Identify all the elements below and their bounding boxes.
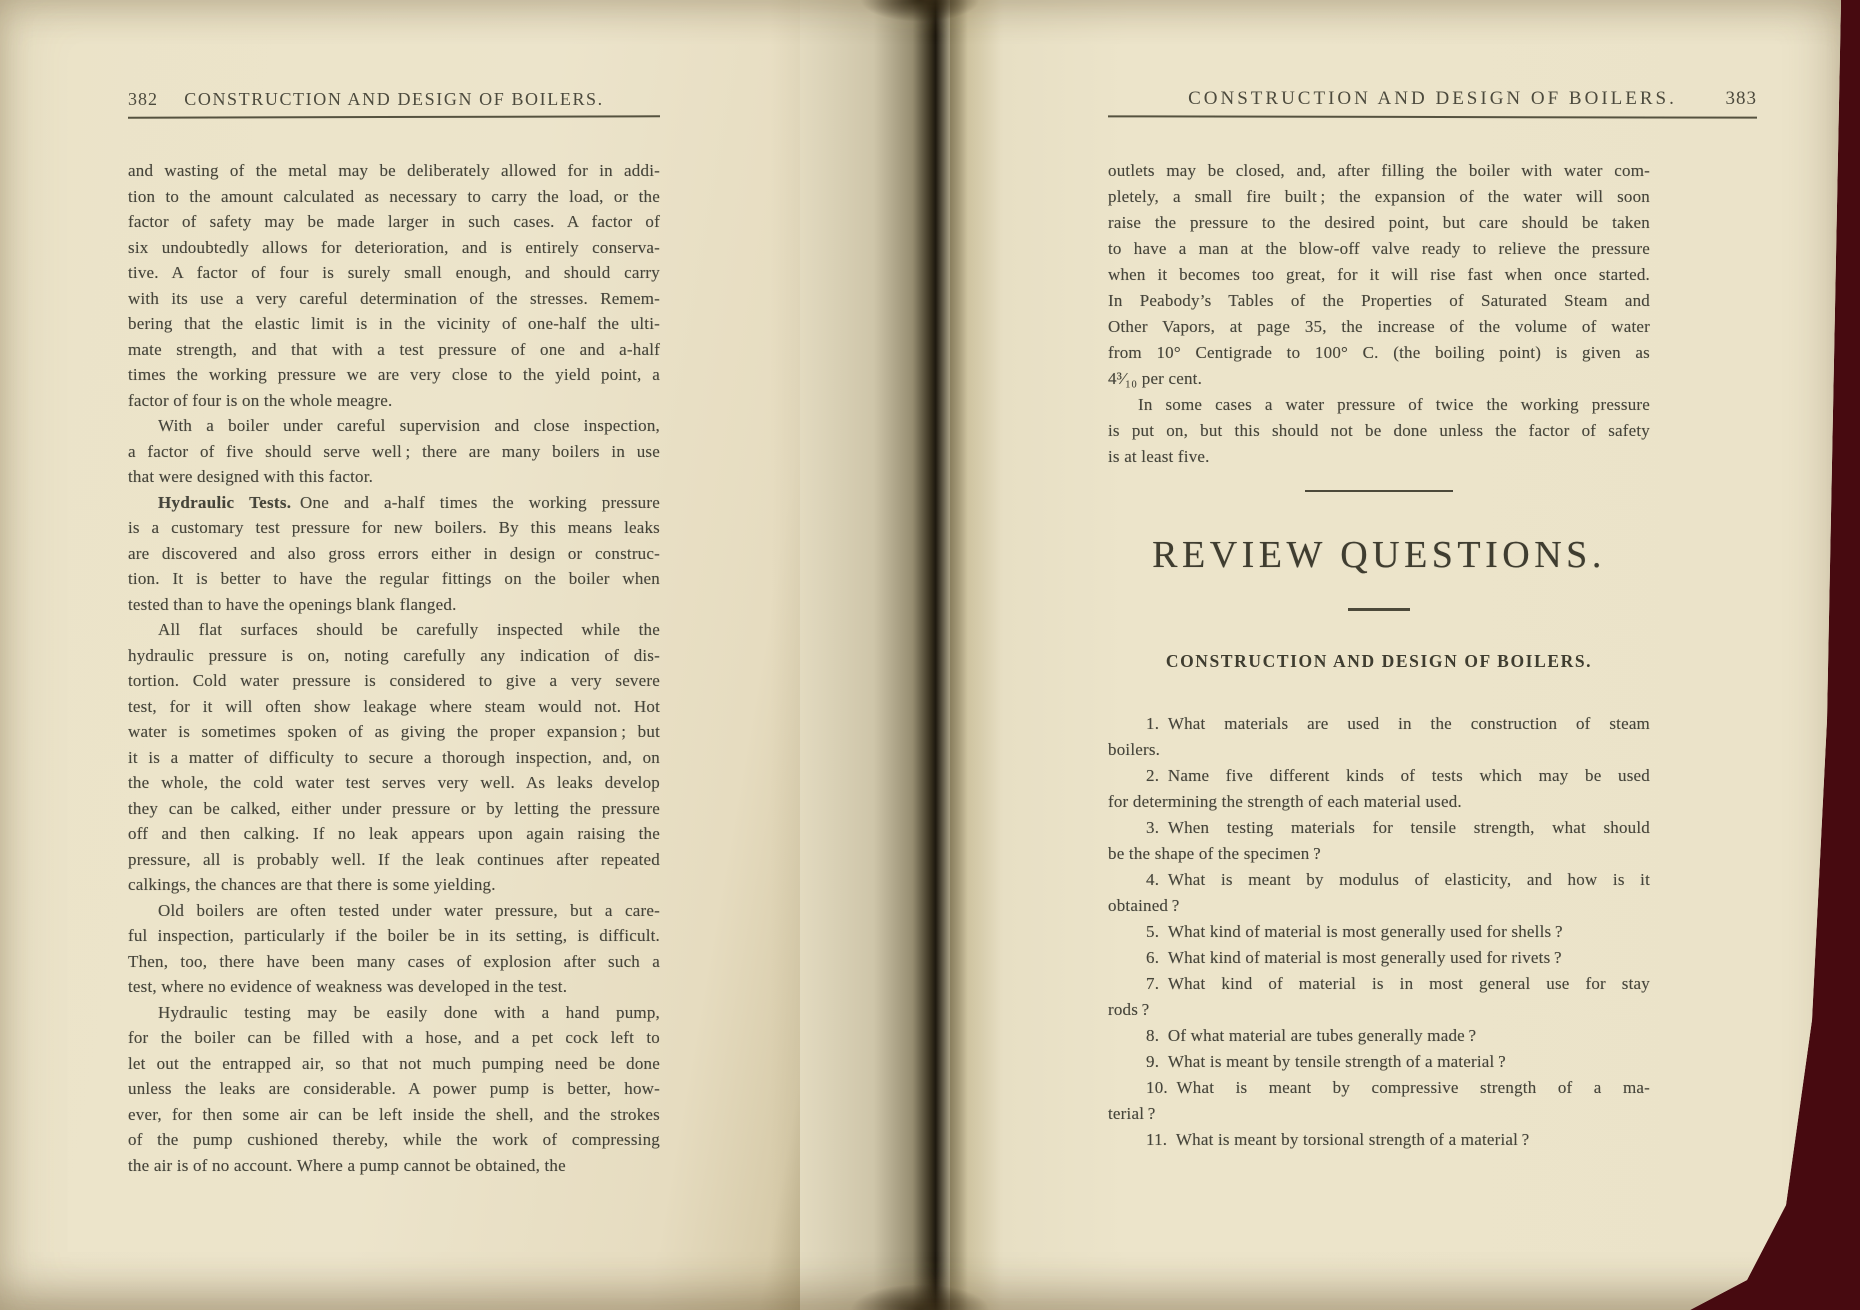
paragraph: Hydraulic testing may be easily done wit… xyxy=(128,1000,660,1179)
text-line: 2. Name five different kinds of tests wh… xyxy=(1108,763,1650,789)
paragraph: 1. What materials are used in the constr… xyxy=(1108,711,1650,763)
text-line: unless the leaks are considerable. A pow… xyxy=(128,1076,660,1102)
paragraph: In some cases a water pressure of twice … xyxy=(1108,392,1650,470)
text-line: tested than to have the openings blank f… xyxy=(128,592,660,618)
text-line: raise the pressure to the desired point,… xyxy=(1108,210,1650,236)
section-title: REVIEW QUESTIONS. xyxy=(1108,532,1650,578)
text-line: Other Vapors, at page 35, the increase o… xyxy=(1108,314,1650,340)
text-line: In Peabody’s Tables of the Properties of… xyxy=(1108,288,1650,314)
text-line: test, where no evidence of weakness was … xyxy=(128,974,660,1000)
text-line: tion to the amount calculated as necessa… xyxy=(128,184,660,210)
section-divider-rule xyxy=(1305,490,1453,492)
paragraph: outlets may be closed, and, after fillin… xyxy=(1108,158,1650,392)
open-book: 382 CONSTRUCTION AND DESIGN OF BOILERS. … xyxy=(0,0,1860,1310)
text-line: tive. A factor of four is surely small e… xyxy=(128,260,660,286)
right-header-rule xyxy=(1108,115,1757,118)
paragraph: 11. What is meant by torsional strength … xyxy=(1108,1127,1650,1153)
book-scan: 382 CONSTRUCTION AND DESIGN OF BOILERS. … xyxy=(0,0,1860,1310)
text-line: for determining the strength of each mat… xyxy=(1108,789,1650,815)
text-line: the air is of no account. Where a pump c… xyxy=(128,1153,660,1179)
paragraph: 8. Of what material are tubes generally … xyxy=(1108,1023,1650,1049)
paragraph: All flat surfaces should be carefully in… xyxy=(128,617,660,898)
text-line: 9. What is meant by tensile strength of … xyxy=(1108,1049,1650,1075)
paragraph: 9. What is meant by tensile strength of … xyxy=(1108,1049,1650,1075)
text-line: is a customary test pressure for new boi… xyxy=(128,515,660,541)
text-line: mate strength, and that with a test pres… xyxy=(128,337,660,363)
paragraph: 10. What is meant by compressive strengt… xyxy=(1108,1075,1650,1127)
left-running-head: 382 CONSTRUCTION AND DESIGN OF BOILERS. xyxy=(128,86,660,112)
paragraph: Old boilers are often tested under water… xyxy=(128,898,660,1000)
text-line: All flat surfaces should be carefully in… xyxy=(128,617,660,643)
text-line: factor of safety may be made larger in s… xyxy=(128,209,660,235)
text-line: pressure, all is probably well. If the l… xyxy=(128,847,660,873)
section-subtitle: CONSTRUCTION AND DESIGN OF BOILERS. xyxy=(1108,649,1650,673)
text-line: ever, for then some air can be left insi… xyxy=(128,1102,660,1128)
right-page-number: 383 xyxy=(1701,86,1757,112)
review-questions-list: 1. What materials are used in the constr… xyxy=(1108,711,1650,1153)
paragraph: 4. What is meant by modulus of elasticit… xyxy=(1108,867,1650,919)
text-line: hydraulic pressure is on, noting careful… xyxy=(128,643,660,669)
paragraph: and wasting of the metal may be delibera… xyxy=(128,158,660,413)
text-line: with its use a very careful determinatio… xyxy=(128,286,660,312)
text-line: 6. What kind of material is most general… xyxy=(1108,945,1650,971)
text-line: 11. What is meant by torsional strength … xyxy=(1108,1127,1650,1153)
text-line: are discovered and also gross errors eit… xyxy=(128,541,660,567)
right-running-head: CONSTRUCTION AND DESIGN OF BOILERS. 383 xyxy=(1108,86,1757,112)
text-line: is at least five. xyxy=(1108,444,1650,470)
text-line: factor of four is on the whole meagre. xyxy=(128,388,660,414)
paragraph: With a boiler under careful supervision … xyxy=(128,413,660,490)
text-line: and wasting of the metal may be delibera… xyxy=(128,158,660,184)
text-line: 1. What materials are used in the constr… xyxy=(1108,711,1650,737)
text-line: tortion. Cold water pressure is consider… xyxy=(128,668,660,694)
left-header-rule xyxy=(128,115,660,118)
section-subdivider-rule xyxy=(1348,608,1410,611)
left-running-title: CONSTRUCTION AND DESIGN OF BOILERS. xyxy=(184,86,604,112)
text-line: Hydraulic Tests. One and a-half times th… xyxy=(128,490,660,516)
text-line: 3. When testing materials for tensile st… xyxy=(1108,815,1650,841)
right-page-body: outlets may be closed, and, after fillin… xyxy=(1108,158,1650,470)
paragraph: 6. What kind of material is most general… xyxy=(1108,945,1650,971)
text-line: With a boiler under careful supervision … xyxy=(128,413,660,439)
text-line: 10. What is meant by compressive strengt… xyxy=(1108,1075,1650,1101)
text-line: let out the entrapped air, so that not m… xyxy=(128,1051,660,1077)
text-line: terial ? xyxy=(1108,1101,1650,1127)
text-line: times the working pressure we are very c… xyxy=(128,362,660,388)
text-line: the whole, the cold water test serves ve… xyxy=(128,770,660,796)
text-line: 4³⁄₁₀ per cent. xyxy=(1108,366,1650,392)
text-line: Hydraulic testing may be easily done wit… xyxy=(128,1000,660,1026)
right-page: CONSTRUCTION AND DESIGN OF BOILERS. 383 … xyxy=(950,0,1845,1310)
paragraph: 2. Name five different kinds of tests wh… xyxy=(1108,763,1650,815)
text-line: bering that the elastic limit is in the … xyxy=(128,311,660,337)
text-line: 8. Of what material are tubes generally … xyxy=(1108,1023,1650,1049)
text-line: be the shape of the specimen ? xyxy=(1108,841,1650,867)
text-line: boilers. xyxy=(1108,737,1650,763)
text-line: from 10° Centigrade to 100° C. (the boil… xyxy=(1108,340,1650,366)
text-line: calkings, the chances are that there is … xyxy=(128,872,660,898)
text-line: 7. What kind of material is in most gene… xyxy=(1108,971,1650,997)
text-line: it is a matter of difficulty to secure a… xyxy=(128,745,660,771)
text-line: pletely, a small fire built ; the expans… xyxy=(1108,184,1650,210)
text-line: of the pump cushioned thereby, while the… xyxy=(128,1127,660,1153)
text-line: test, for it will often show leakage whe… xyxy=(128,694,660,720)
text-line: Then, too, there have been many cases of… xyxy=(128,949,660,975)
text-line: a factor of five should serve well ; the… xyxy=(128,439,660,465)
text-line: six undoubtedly allows for deterioration… xyxy=(128,235,660,261)
text-line: outlets may be closed, and, after fillin… xyxy=(1108,158,1650,184)
text-line: water is sometimes spoken of as giving t… xyxy=(128,719,660,745)
text-line: In some cases a water pressure of twice … xyxy=(1108,392,1650,418)
text-line: when it becomes too great, for it will r… xyxy=(1108,262,1650,288)
text-line: 5. What kind of material is most general… xyxy=(1108,919,1650,945)
text-line: tion. It is better to have the regular f… xyxy=(128,566,660,592)
text-line: off and then calking. If no leak appears… xyxy=(128,821,660,847)
text-line: obtained ? xyxy=(1108,893,1650,919)
left-page: 382 CONSTRUCTION AND DESIGN OF BOILERS. … xyxy=(0,0,800,1310)
text-line: that were designed with this factor. xyxy=(128,464,660,490)
paragraph: 7. What kind of material is in most gene… xyxy=(1108,971,1650,1023)
text-line: to have a man at the blow-off valve read… xyxy=(1108,236,1650,262)
paragraph: 5. What kind of material is most general… xyxy=(1108,919,1650,945)
paragraph: Hydraulic Tests. One and a-half times th… xyxy=(128,490,660,618)
left-page-number: 382 xyxy=(128,86,184,112)
text-line: they can be calked, either under pressur… xyxy=(128,796,660,822)
text-line: rods ? xyxy=(1108,997,1650,1023)
paragraph: 3. When testing materials for tensile st… xyxy=(1108,815,1650,867)
text-line: Old boilers are often tested under water… xyxy=(128,898,660,924)
left-page-body: and wasting of the metal may be delibera… xyxy=(128,158,660,1178)
right-running-title: CONSTRUCTION AND DESIGN OF BOILERS. xyxy=(1164,86,1701,112)
text-line: is put on, but this should not be done u… xyxy=(1108,418,1650,444)
text-line: for the boiler can be filled with a hose… xyxy=(128,1025,660,1051)
text-line: 4. What is meant by modulus of elasticit… xyxy=(1108,867,1650,893)
text-line: ful inspection, particularly if the boil… xyxy=(128,923,660,949)
